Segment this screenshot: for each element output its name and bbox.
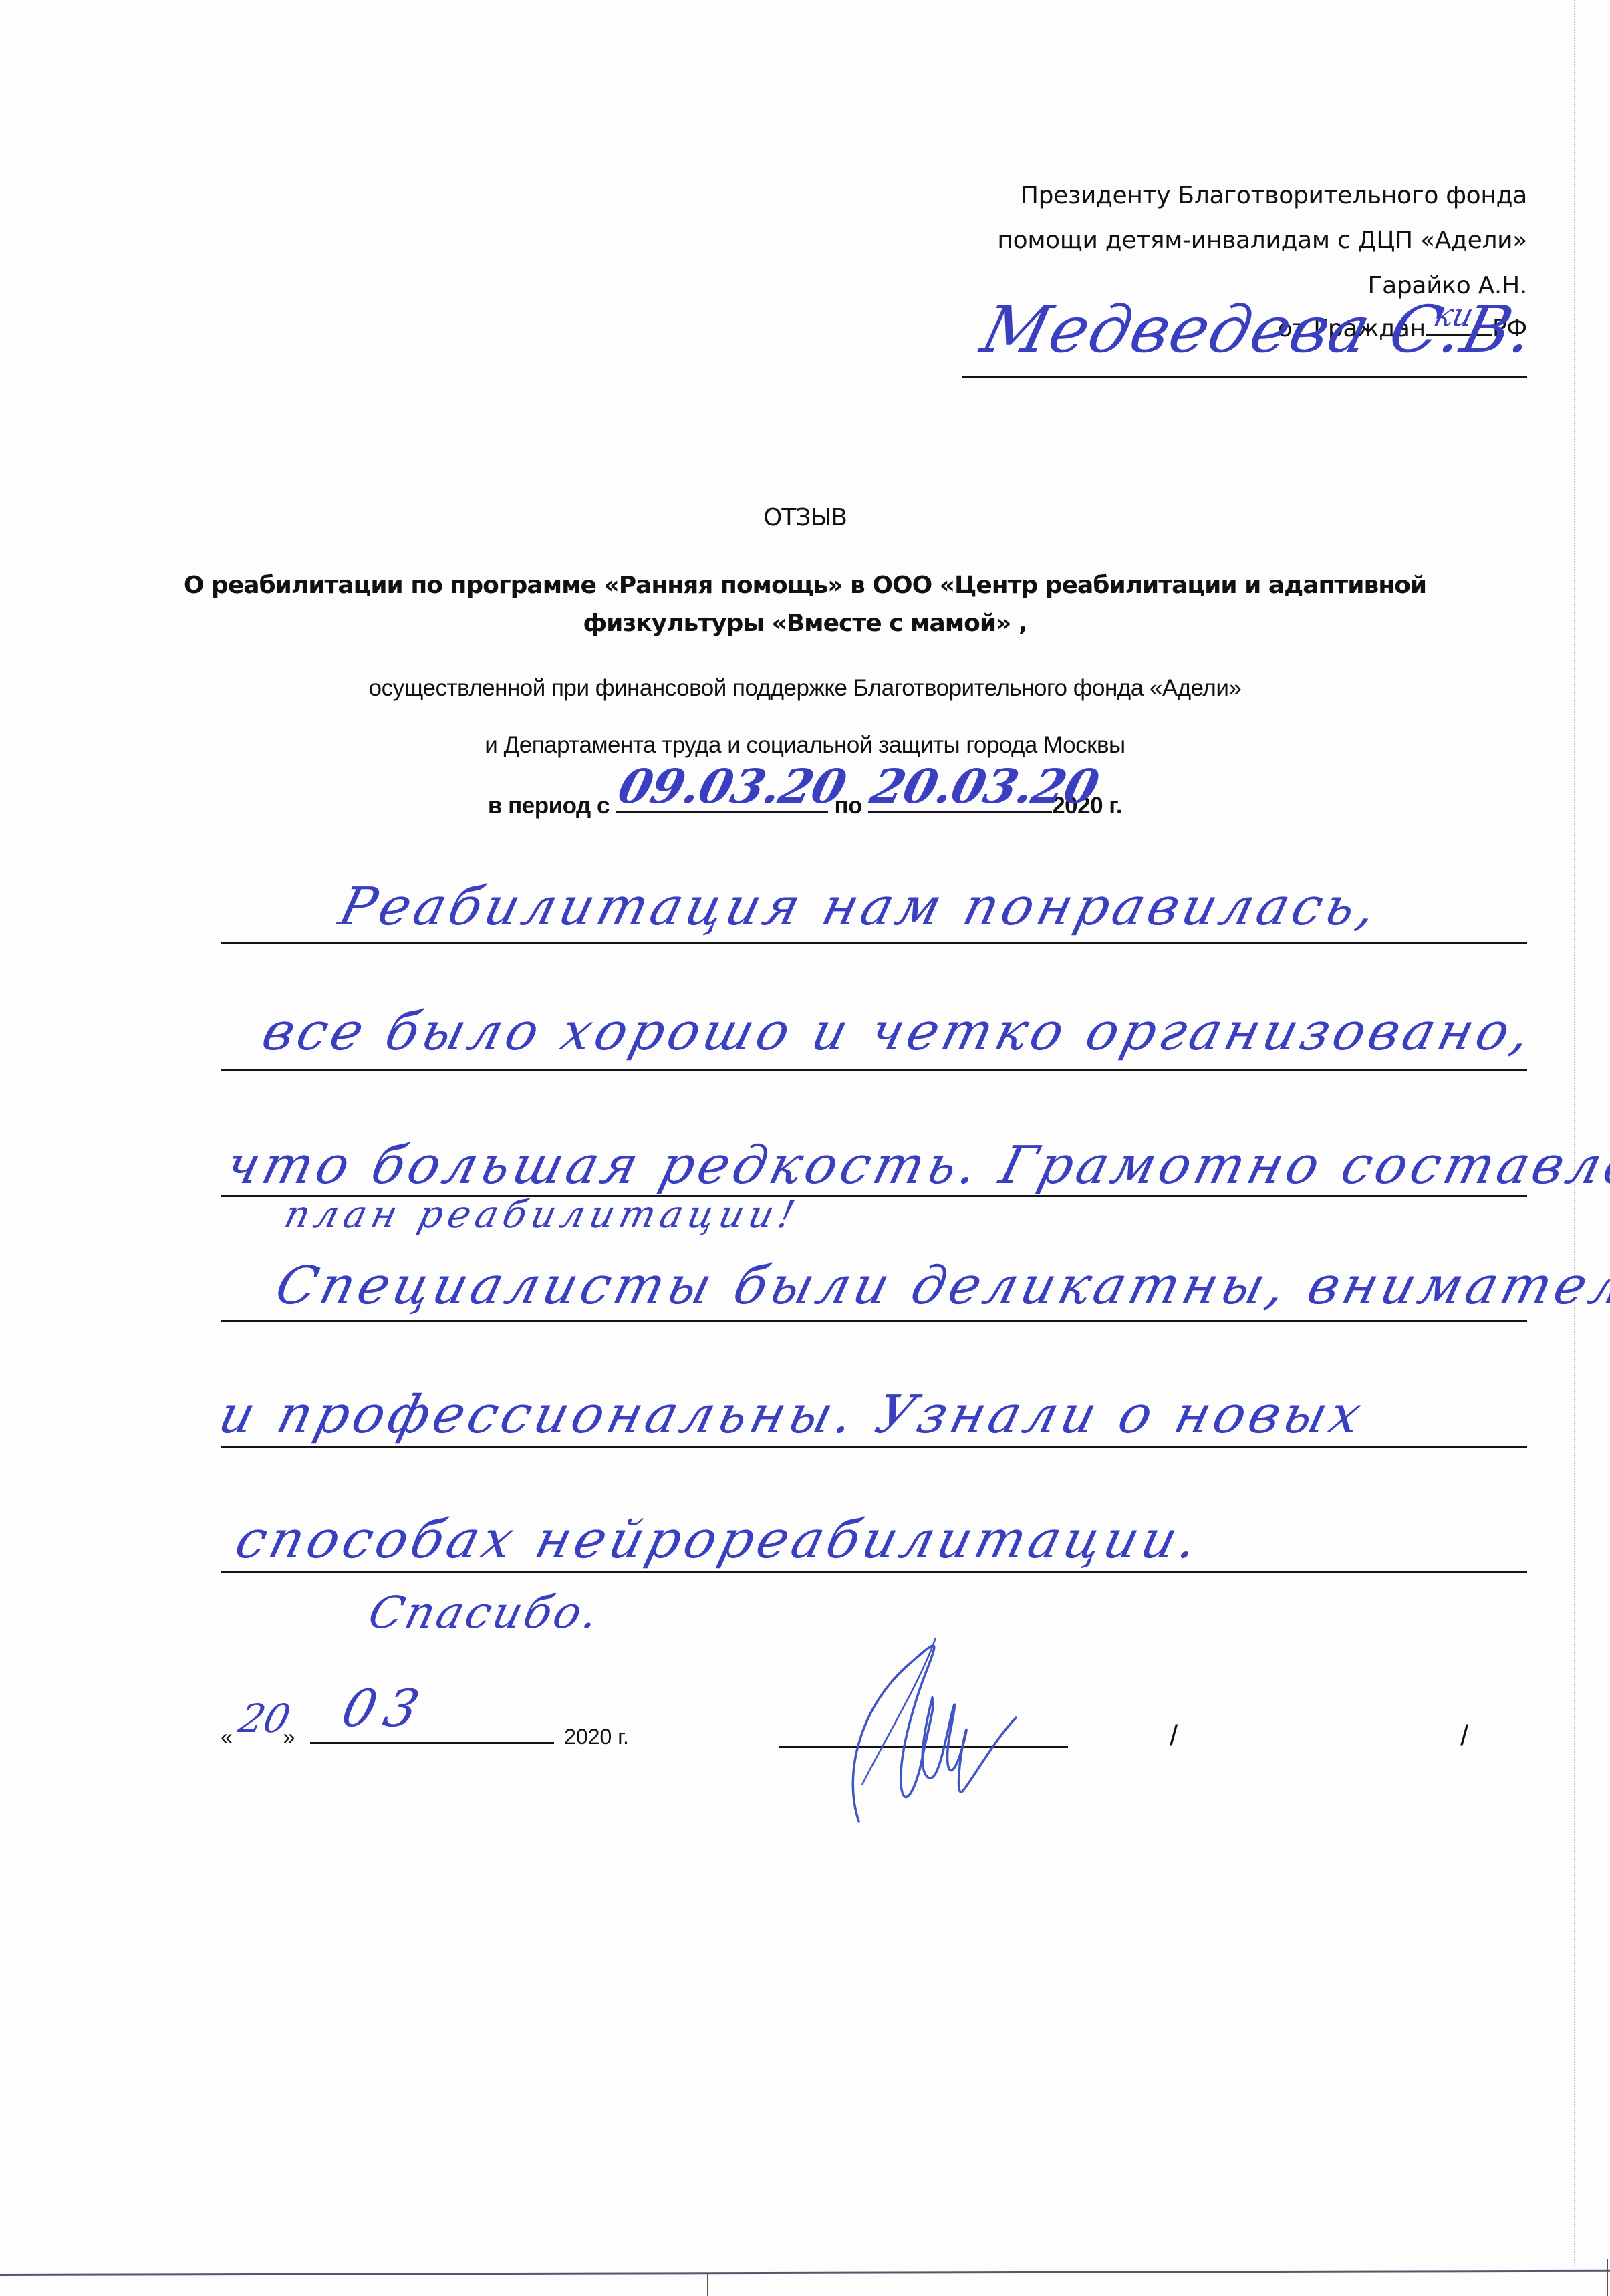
- document-heading: ОТЗЫВ: [0, 506, 1610, 530]
- day-handwritten: 20: [235, 1699, 293, 1738]
- funding-line-2: и Департамента труда и социальной защиты…: [0, 733, 1610, 757]
- date-open-quote: «: [221, 1725, 233, 1749]
- scan-edge-right: [1574, 0, 1575, 2266]
- month-handwritten: 03: [338, 1683, 434, 1734]
- period-to-handwritten: 20.03.20: [866, 763, 1103, 810]
- addressee-line-1: Президенту Благотворительного фонда: [1021, 184, 1527, 208]
- document-title-line-2: физкультуры «Вместе с мамой» ,: [0, 612, 1610, 636]
- addressee-line-2: помощи детям-инвалидам с ДЦП «Адели»: [997, 229, 1527, 253]
- period-from-handwritten: 09.03.20: [614, 763, 850, 810]
- review-rule-2: [221, 1069, 1527, 1071]
- review-line-5: Специалисты были деликатны, внимательны: [271, 1260, 1610, 1312]
- review-line-4: план реабилитации!: [281, 1196, 803, 1234]
- review-line-3: что большая редкость. Грамотно составлен: [221, 1140, 1610, 1192]
- sender-name-line[interactable]: [962, 376, 1527, 378]
- review-rule-4: [221, 1320, 1527, 1322]
- signature-separator-2: /: [1460, 1721, 1468, 1751]
- day-field[interactable]: 20: [239, 1726, 277, 1747]
- review-line-2: все было хорошо и четко организовано,: [257, 1006, 1539, 1058]
- review-closing: Спасибо.: [364, 1591, 606, 1635]
- scan-fold-mark: [1607, 2259, 1608, 2296]
- review-line-1: Реабилитация нам понравилась,: [334, 881, 1385, 933]
- period-line: в период с 09.03.20 по 20.03.202020 г.: [0, 789, 1610, 817]
- month-field[interactable]: 03: [310, 1723, 554, 1744]
- signature-handwritten: [822, 1624, 1103, 1825]
- signature-separator-1: /: [1170, 1721, 1178, 1751]
- document-title-line-1: О реабилитации по программе «Ранняя помо…: [0, 573, 1610, 598]
- review-rule-1: [221, 942, 1527, 944]
- review-rule-6: [221, 1571, 1527, 1573]
- sender-name-handwritten: Медведева С.В.: [976, 297, 1542, 362]
- period-to-field[interactable]: 20.03.20: [868, 789, 1052, 813]
- scan-fold-mark: [707, 2273, 708, 2296]
- review-line-7: способах нейрореабилитации.: [231, 1514, 1207, 1566]
- date-row: « 20 » 03 2020 г.: [221, 1723, 629, 1747]
- review-line-6: и профессиональны. Узнали о новых: [214, 1389, 1370, 1441]
- review-rule-5: [221, 1446, 1527, 1448]
- period-from-field[interactable]: 09.03.20: [616, 789, 828, 813]
- funding-line-1: осуществленной при финансовой поддержке …: [0, 676, 1610, 700]
- date-year: 2020 г.: [564, 1725, 629, 1749]
- period-prefix: в период с: [488, 793, 610, 819]
- scan-edge-bottom: [0, 2270, 1610, 2276]
